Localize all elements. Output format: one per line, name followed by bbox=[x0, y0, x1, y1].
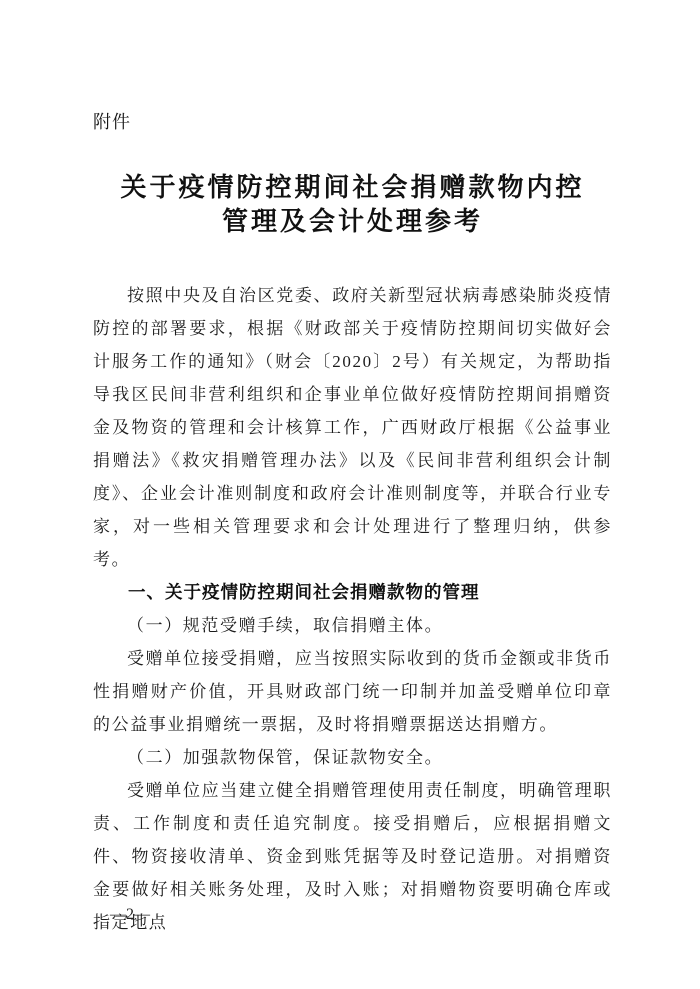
page-number: —2— bbox=[110, 906, 150, 923]
subsection-1-2-heading: （二）加强款物保管，保证款物安全。 bbox=[93, 741, 612, 774]
attachment-label: 附件 bbox=[93, 111, 612, 134]
document-body: 按照中央及自治区党委、政府关新型冠状病毒感染肺炎疫情防控的部署要求，根据《财政部… bbox=[93, 279, 612, 939]
document-page: 附件 关于疫情防控期间社会捐赠款物内控 管理及会计处理参考 按照中央及自治区党委… bbox=[0, 0, 700, 989]
document-title-line-2: 管理及会计处理参考 bbox=[93, 204, 612, 238]
document-title: 关于疫情防控期间社会捐赠款物内控 管理及会计处理参考 bbox=[93, 170, 612, 238]
paragraph-custody-management: 受赠单位应当建立健全捐赠管理使用责任制度，明确管理职责、工作制度和责任追究制度。… bbox=[93, 774, 612, 939]
section-1-heading: 一、关于疫情防控期间社会捐赠款物的管理 bbox=[93, 576, 612, 609]
subsection-1-1-heading: （一）规范受赠手续，取信捐赠主体。 bbox=[93, 609, 612, 642]
page-footer: —2— bbox=[110, 906, 150, 924]
intro-paragraph: 按照中央及自治区党委、政府关新型冠状病毒感染肺炎疫情防控的部署要求，根据《财政部… bbox=[93, 279, 612, 576]
document-title-line-1: 关于疫情防控期间社会捐赠款物内控 bbox=[93, 170, 612, 204]
paragraph-donation-receipt: 受赠单位接受捐赠，应当按照实际收到的货币金额或非货币性捐赠财产价值，开具财政部门… bbox=[93, 642, 612, 741]
